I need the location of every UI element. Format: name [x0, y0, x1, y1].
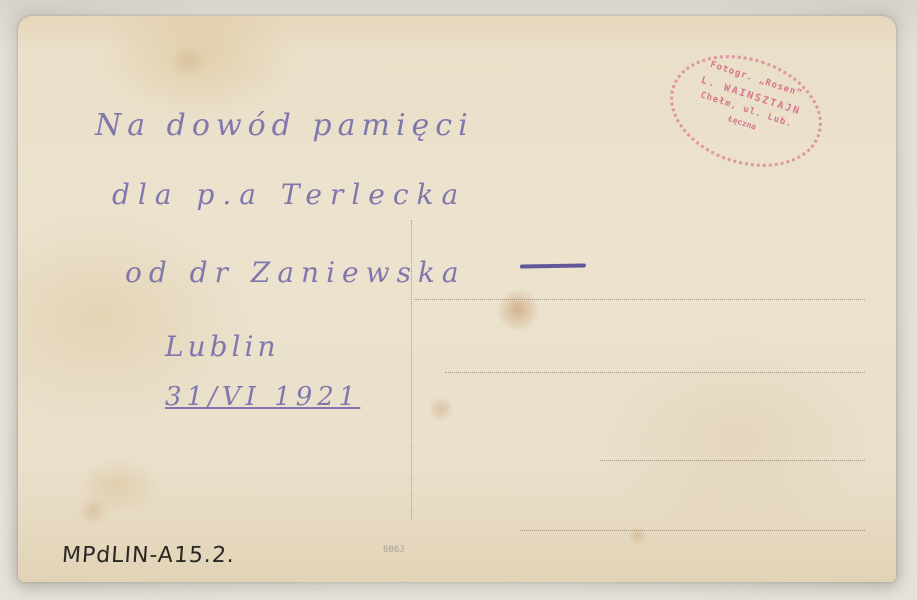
- address-line-3: [600, 460, 865, 461]
- handwriting-date: 31/VI 1921: [165, 382, 360, 412]
- handwriting-line-3: od dr Zaniewska: [125, 256, 466, 289]
- printed-code: 606J: [383, 545, 405, 555]
- handwriting-place: Lublin: [165, 330, 280, 363]
- address-line-1: [415, 299, 865, 300]
- handwriting-line-2: dla p.a Terlecka: [112, 178, 466, 211]
- foxing-spot: [168, 46, 208, 76]
- handwriting-line-1: Na dowód pamięci: [95, 108, 474, 143]
- foxing-spot: [428, 396, 454, 422]
- address-line-2: [445, 372, 865, 373]
- foxing-spot: [628, 526, 648, 546]
- foxing-spot: [78, 496, 108, 526]
- foxing-spot: [496, 288, 540, 332]
- address-line-4: [520, 530, 865, 531]
- archive-inventory-number: MPdLIN-A15.2.: [61, 543, 236, 568]
